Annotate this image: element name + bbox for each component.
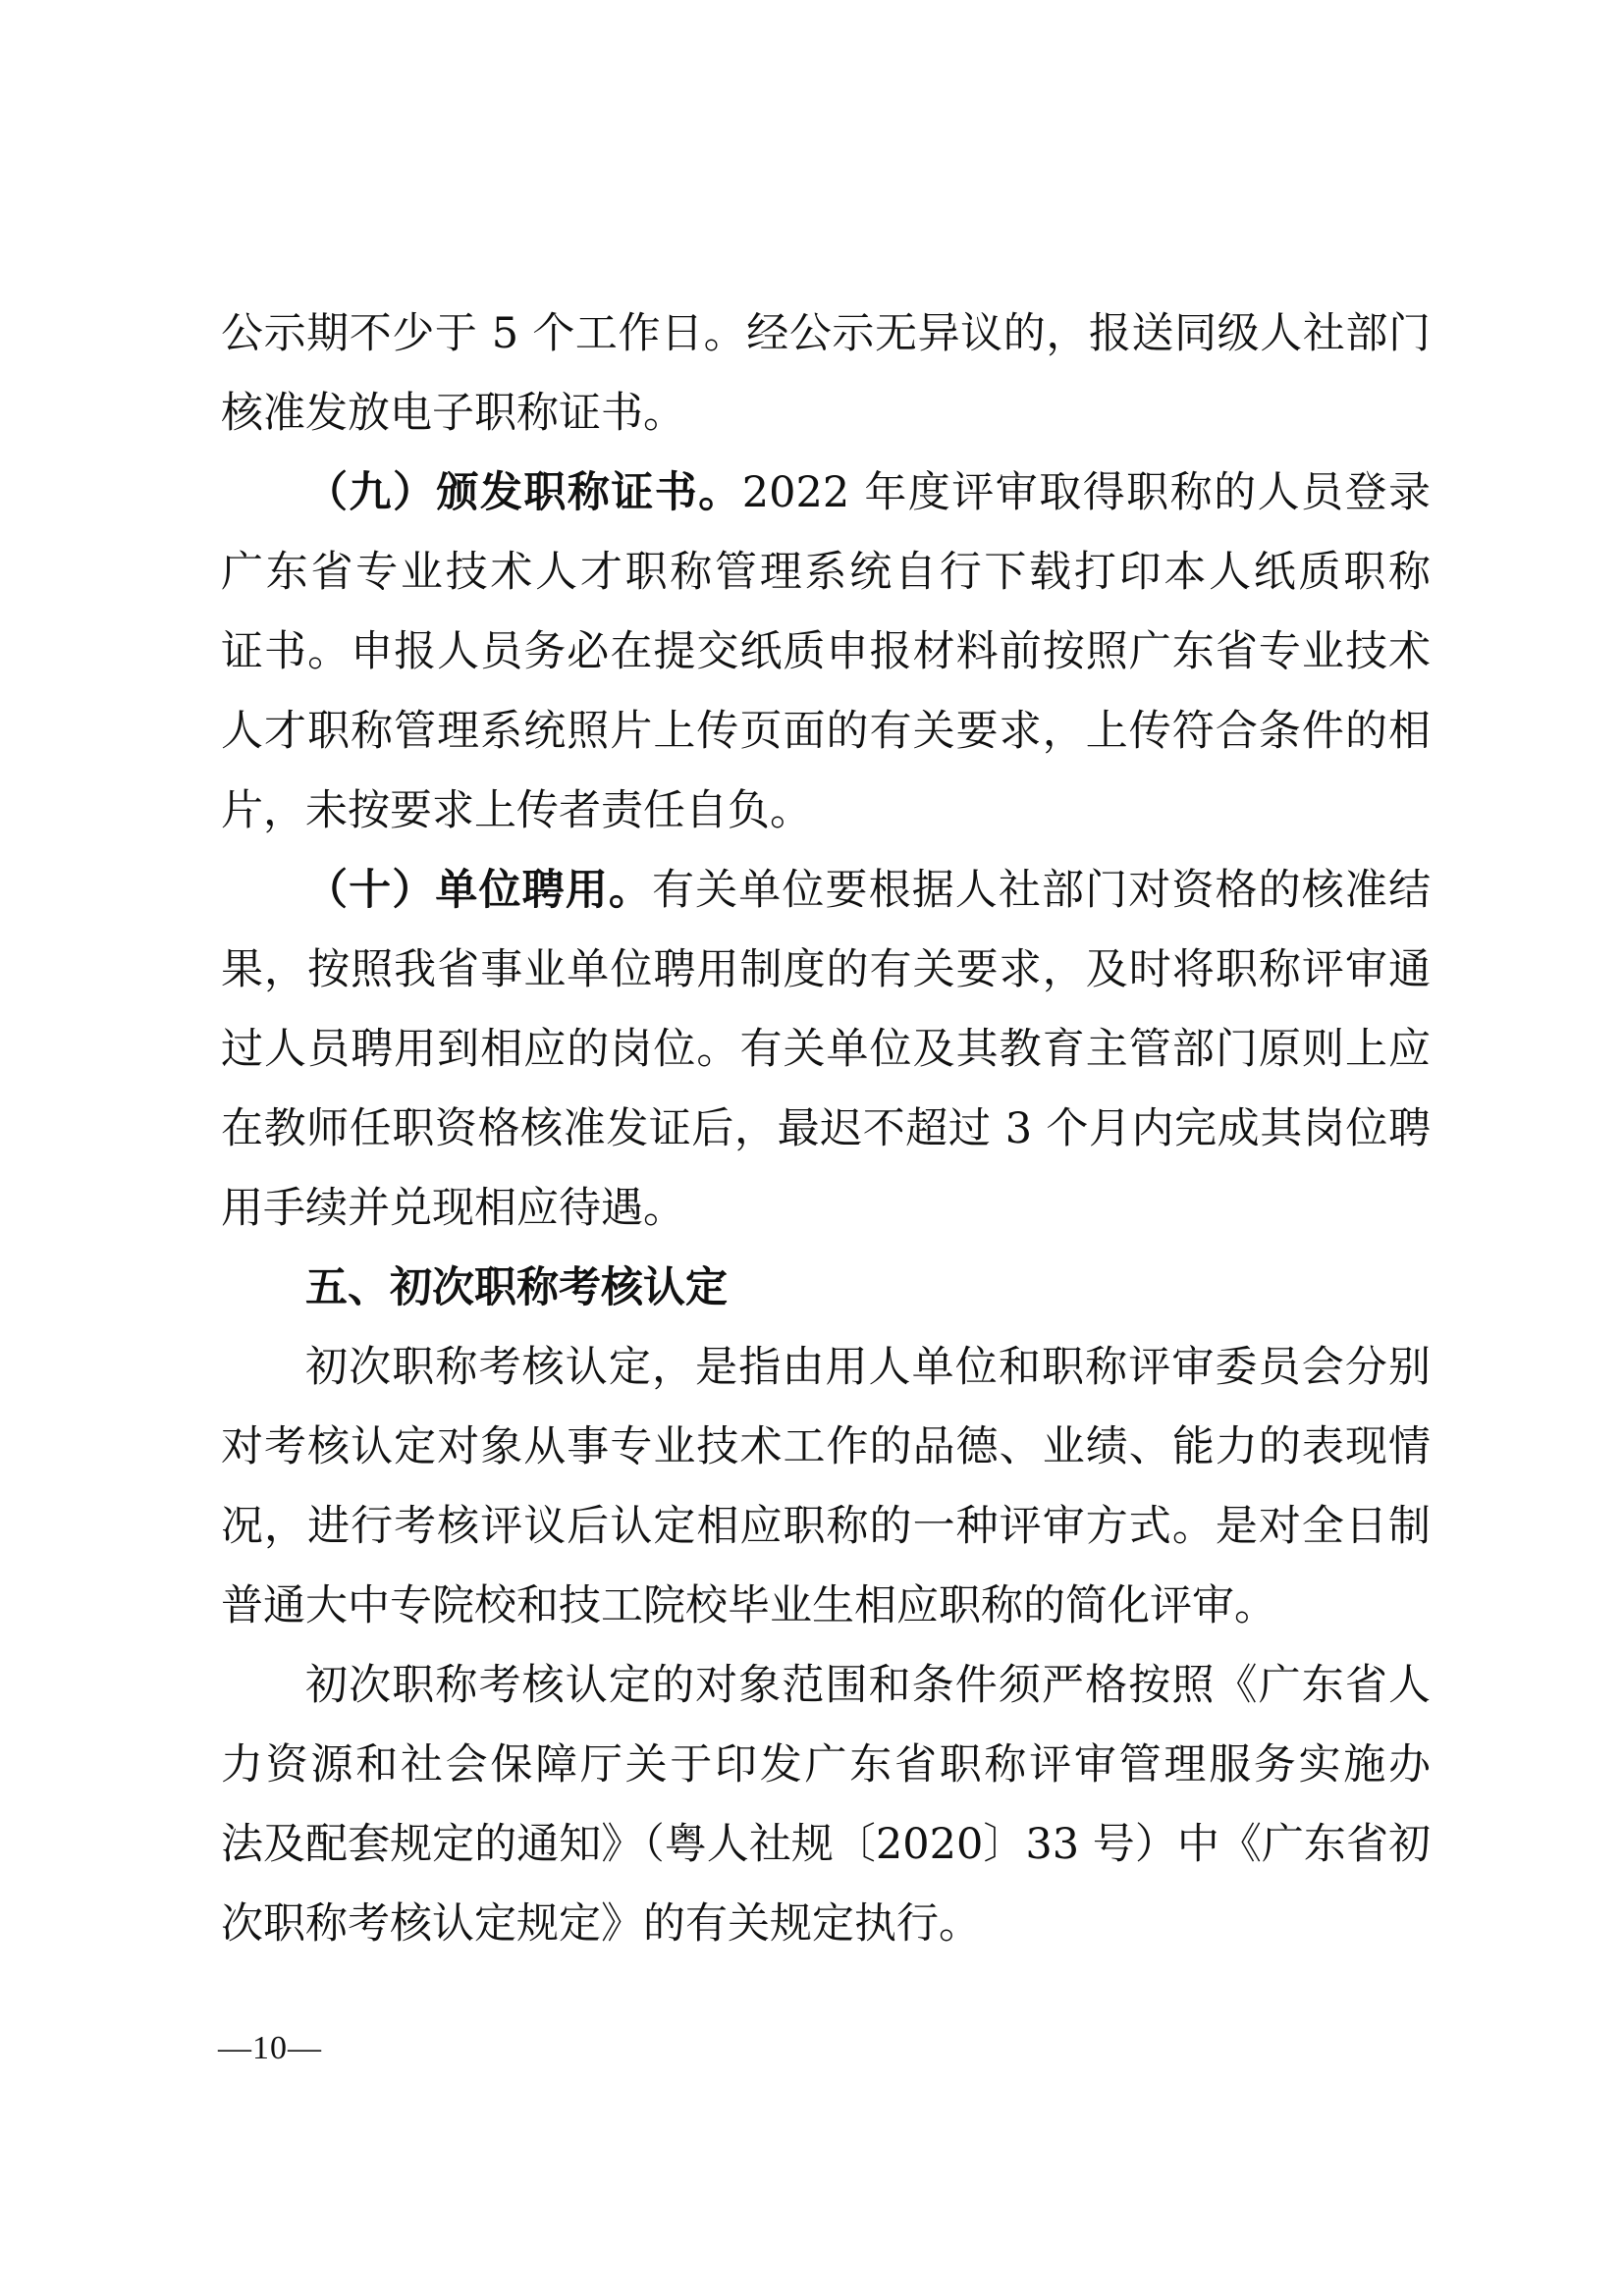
text-line: 片，未按要求上传者责任自负。 xyxy=(221,772,1431,851)
page-number: —10— xyxy=(218,2030,322,2067)
text-line: 次职称考核认定规定》的有关规定执行。 xyxy=(221,1885,1431,1964)
document-body: 公示期不少于 5 个工作日。经公示无异议的，报送同级人社部门 核准发放电子职称证… xyxy=(221,294,1431,1964)
paragraph-issue-certificate: （九）颁发职称证书。2022 年度评审取得职称的人员登录 广东省专业技术人才职称… xyxy=(221,454,1431,851)
document-page: 公示期不少于 5 个工作日。经公示无异议的，报送同级人社部门 核准发放电子职称证… xyxy=(0,0,1624,2296)
text-line: 力资源和社会保障厅关于印发广东省职称评审管理服务实施办 xyxy=(221,1726,1431,1805)
text-line: 广东省专业技术人才职称管理系统自行下载打印本人纸质职称 xyxy=(221,533,1431,613)
text-line: 初次职称考核认定的对象范围和条件须严格按照《广东省人 xyxy=(221,1646,1431,1726)
text-line: 人才职称管理系统照片上传页面的有关要求，上传符合条件的相 xyxy=(221,692,1431,772)
text-line: 证书。申报人员务必在提交纸质申报材料前按照广东省专业技术 xyxy=(221,613,1431,692)
paragraph-publicity-continuation: 公示期不少于 5 个工作日。经公示无异议的，报送同级人社部门 核准发放电子职称证… xyxy=(221,294,1431,454)
text-line: 过人员聘用到相应的岗位。有关单位及其教育主管部门原则上应 xyxy=(221,1010,1431,1090)
text-line: 用手续并兑现相应待遇。 xyxy=(221,1169,1431,1249)
paragraph-scope: 初次职称考核认定的对象范围和条件须严格按照《广东省人 力资源和社会保障厅关于印发… xyxy=(221,1646,1431,1964)
paragraph-lead-title: （十）单位聘用。 xyxy=(305,866,652,915)
text-line: 在教师任职资格核准发证后，最迟不超过 3 个月内完成其岗位聘 xyxy=(221,1090,1431,1169)
text-run: 2022 年度评审取得职称的人员登录 xyxy=(742,468,1431,517)
text-line: 核准发放电子职称证书。 xyxy=(221,374,1431,454)
text-line: 况，进行考核评议后认定相应职称的一种评审方式。是对全日制 xyxy=(221,1487,1431,1567)
text-line: 公示期不少于 5 个工作日。经公示无异议的，报送同级人社部门 xyxy=(221,294,1431,374)
text-line: （九）颁发职称证书。2022 年度评审取得职称的人员登录 xyxy=(221,454,1431,533)
text-line: 普通大中专院校和技工院校毕业生相应职称的简化评审。 xyxy=(221,1567,1431,1646)
text-line: 对考核认定对象从事专业技术工作的品德、业绩、能力的表现情 xyxy=(221,1408,1431,1487)
paragraph-definition: 初次职称考核认定，是指由用人单位和职称评审委员会分别 对考核认定对象从事专业技术… xyxy=(221,1328,1431,1646)
paragraph-lead-title: （九）颁发职称证书。 xyxy=(305,468,742,517)
text-line: （十）单位聘用。有关单位要根据人社部门对资格的核准结 xyxy=(221,851,1431,931)
section-heading: 五、初次职称考核认定 xyxy=(221,1249,1431,1328)
text-line: 初次职称考核认定，是指由用人单位和职称评审委员会分别 xyxy=(221,1328,1431,1408)
text-line: 法及配套规定的通知》（粤人社规〔2020〕33 号）中《广东省初 xyxy=(221,1805,1431,1885)
text-line: 果，按照我省事业单位聘用制度的有关要求，及时将职称评审通 xyxy=(221,931,1431,1010)
paragraph-unit-employment: （十）单位聘用。有关单位要根据人社部门对资格的核准结 果，按照我省事业单位聘用制… xyxy=(221,851,1431,1249)
text-run: 有关单位要根据人社部门对资格的核准结 xyxy=(652,866,1431,915)
